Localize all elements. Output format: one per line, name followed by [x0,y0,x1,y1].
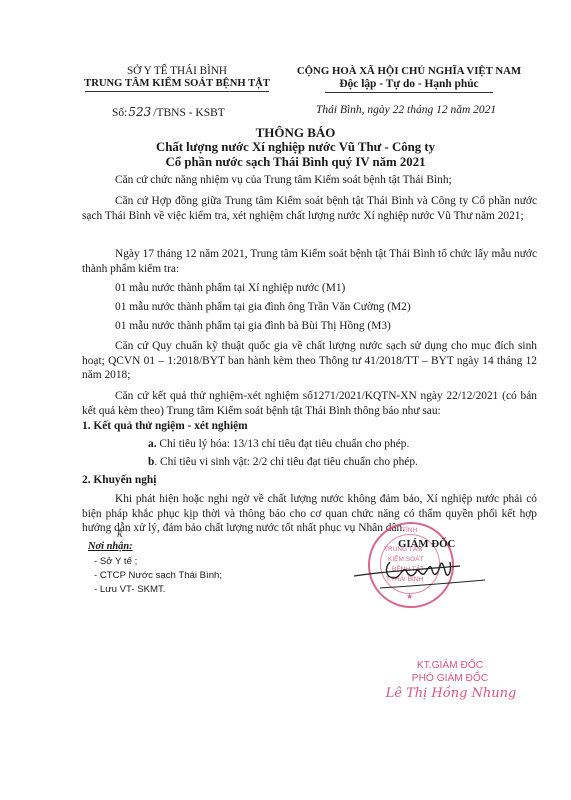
document-number: Số:523/TBNS - KSBT [112,105,225,119]
sample-item: 01 mẫu nước thành phẩm tại gia đình bà B… [115,320,391,332]
paragraph-recommendation: Khi phát hiện hoặc nghi ngờ về chất lượn… [82,492,537,536]
center-name: TRUNG TÂM KIỂM SOÁT BỆNH TẬT [82,78,272,89]
national-title: CỘNG HOÀ XÃ HỘI CHỦ NGHĨA VIỆT NAM [284,65,534,77]
recipient-item: - Sở Y tế ; [94,556,137,567]
document-subtitle-line1: Chất lượng nước Xí nghiệp nước Vũ Thư - … [60,140,531,155]
result-a-text: Chỉ tiêu lý hóa: 13/13 chỉ tiêu đạt tiêu… [157,438,410,450]
paragraph-basis-contract: Căn cứ Hợp đồng giữa Trung tâm Kiểm soát… [82,194,537,223]
recipients-label: Nơi nhận: [88,541,133,552]
result-a-label: a. [148,438,157,450]
document-title: THÔNG BÁO [60,125,531,141]
handwritten-signature-icon [350,548,490,598]
document-number-suffix: /TBNS - KSBT [153,107,225,119]
recipient-item: - CTCP Nước sạch Thái Bình; [94,570,222,581]
national-motto: Độc lập - Tự do - Hạnh phúc [284,78,534,90]
paragraph-basis-standard: Căn cứ Quy chuẩn kỹ thuật quốc gia về ch… [82,339,537,383]
document-number-label: Số: [112,107,127,119]
department-name: SỞ Y TẾ THÁI BÌNH [82,65,272,77]
header-left-underline [85,91,269,92]
official-notice-document: SỞ Y TẾ THÁI BÌNH TRUNG TÂM KIỂM SOÁT BỆ… [0,0,571,800]
sample-item: 01 mẫu nước thành phẩm tại Xí nghiệp nướ… [115,282,345,294]
signer-name: Lê Thị Hồng Nhung [366,686,536,701]
paragraph-basis-results: Căn cứ kết quả thử nghiệm-xét nghiệm số1… [82,389,537,418]
paragraph-sampling: Ngày 17 tháng 12 năm 2021, Trung tâm Kiể… [82,247,537,276]
section-heading-results: 1. Kết quả thử ngiệm - xét nghiệm [82,420,248,432]
result-chemical: a. Chỉ tiêu lý hóa: 13/13 chỉ tiêu đạt t… [148,438,409,450]
section-heading-recommendation: 2. Khuyến nghị [82,474,156,486]
recipient-item: - Lưu VT- SKMT. [94,584,165,595]
result-microbiological: b. Chỉ tiêu vi sinh vật: 2/2 chỉ tiêu đạ… [148,456,418,468]
paragraph-basis-function: Căn cứ chức năng nhiệm vụ của Trung tâm … [82,173,537,188]
result-b-text: . Chỉ tiêu vi sinh vật: 2/2 chỉ tiêu đạt… [154,456,418,468]
document-number-handwritten: 523 [128,105,151,119]
signer-authority-line: KT.GIÁM ĐỐC [380,660,520,671]
handwritten-initial-mark: ꝁ [117,529,123,540]
header-right-underline [325,92,493,93]
document-subtitle-line2: Cổ phần nước sạch Thái Bình quý IV năm 2… [60,155,531,170]
sample-item: 01 mẫu nước thành phẩm tại gia đình ông … [115,301,411,313]
stamp-text-top: TỈNH [402,527,417,534]
signer-position: PHÓ GIÁM ĐỐC [380,673,520,684]
document-date: Thái Bình, ngày 22 tháng 12 năm 2021 [316,104,496,116]
